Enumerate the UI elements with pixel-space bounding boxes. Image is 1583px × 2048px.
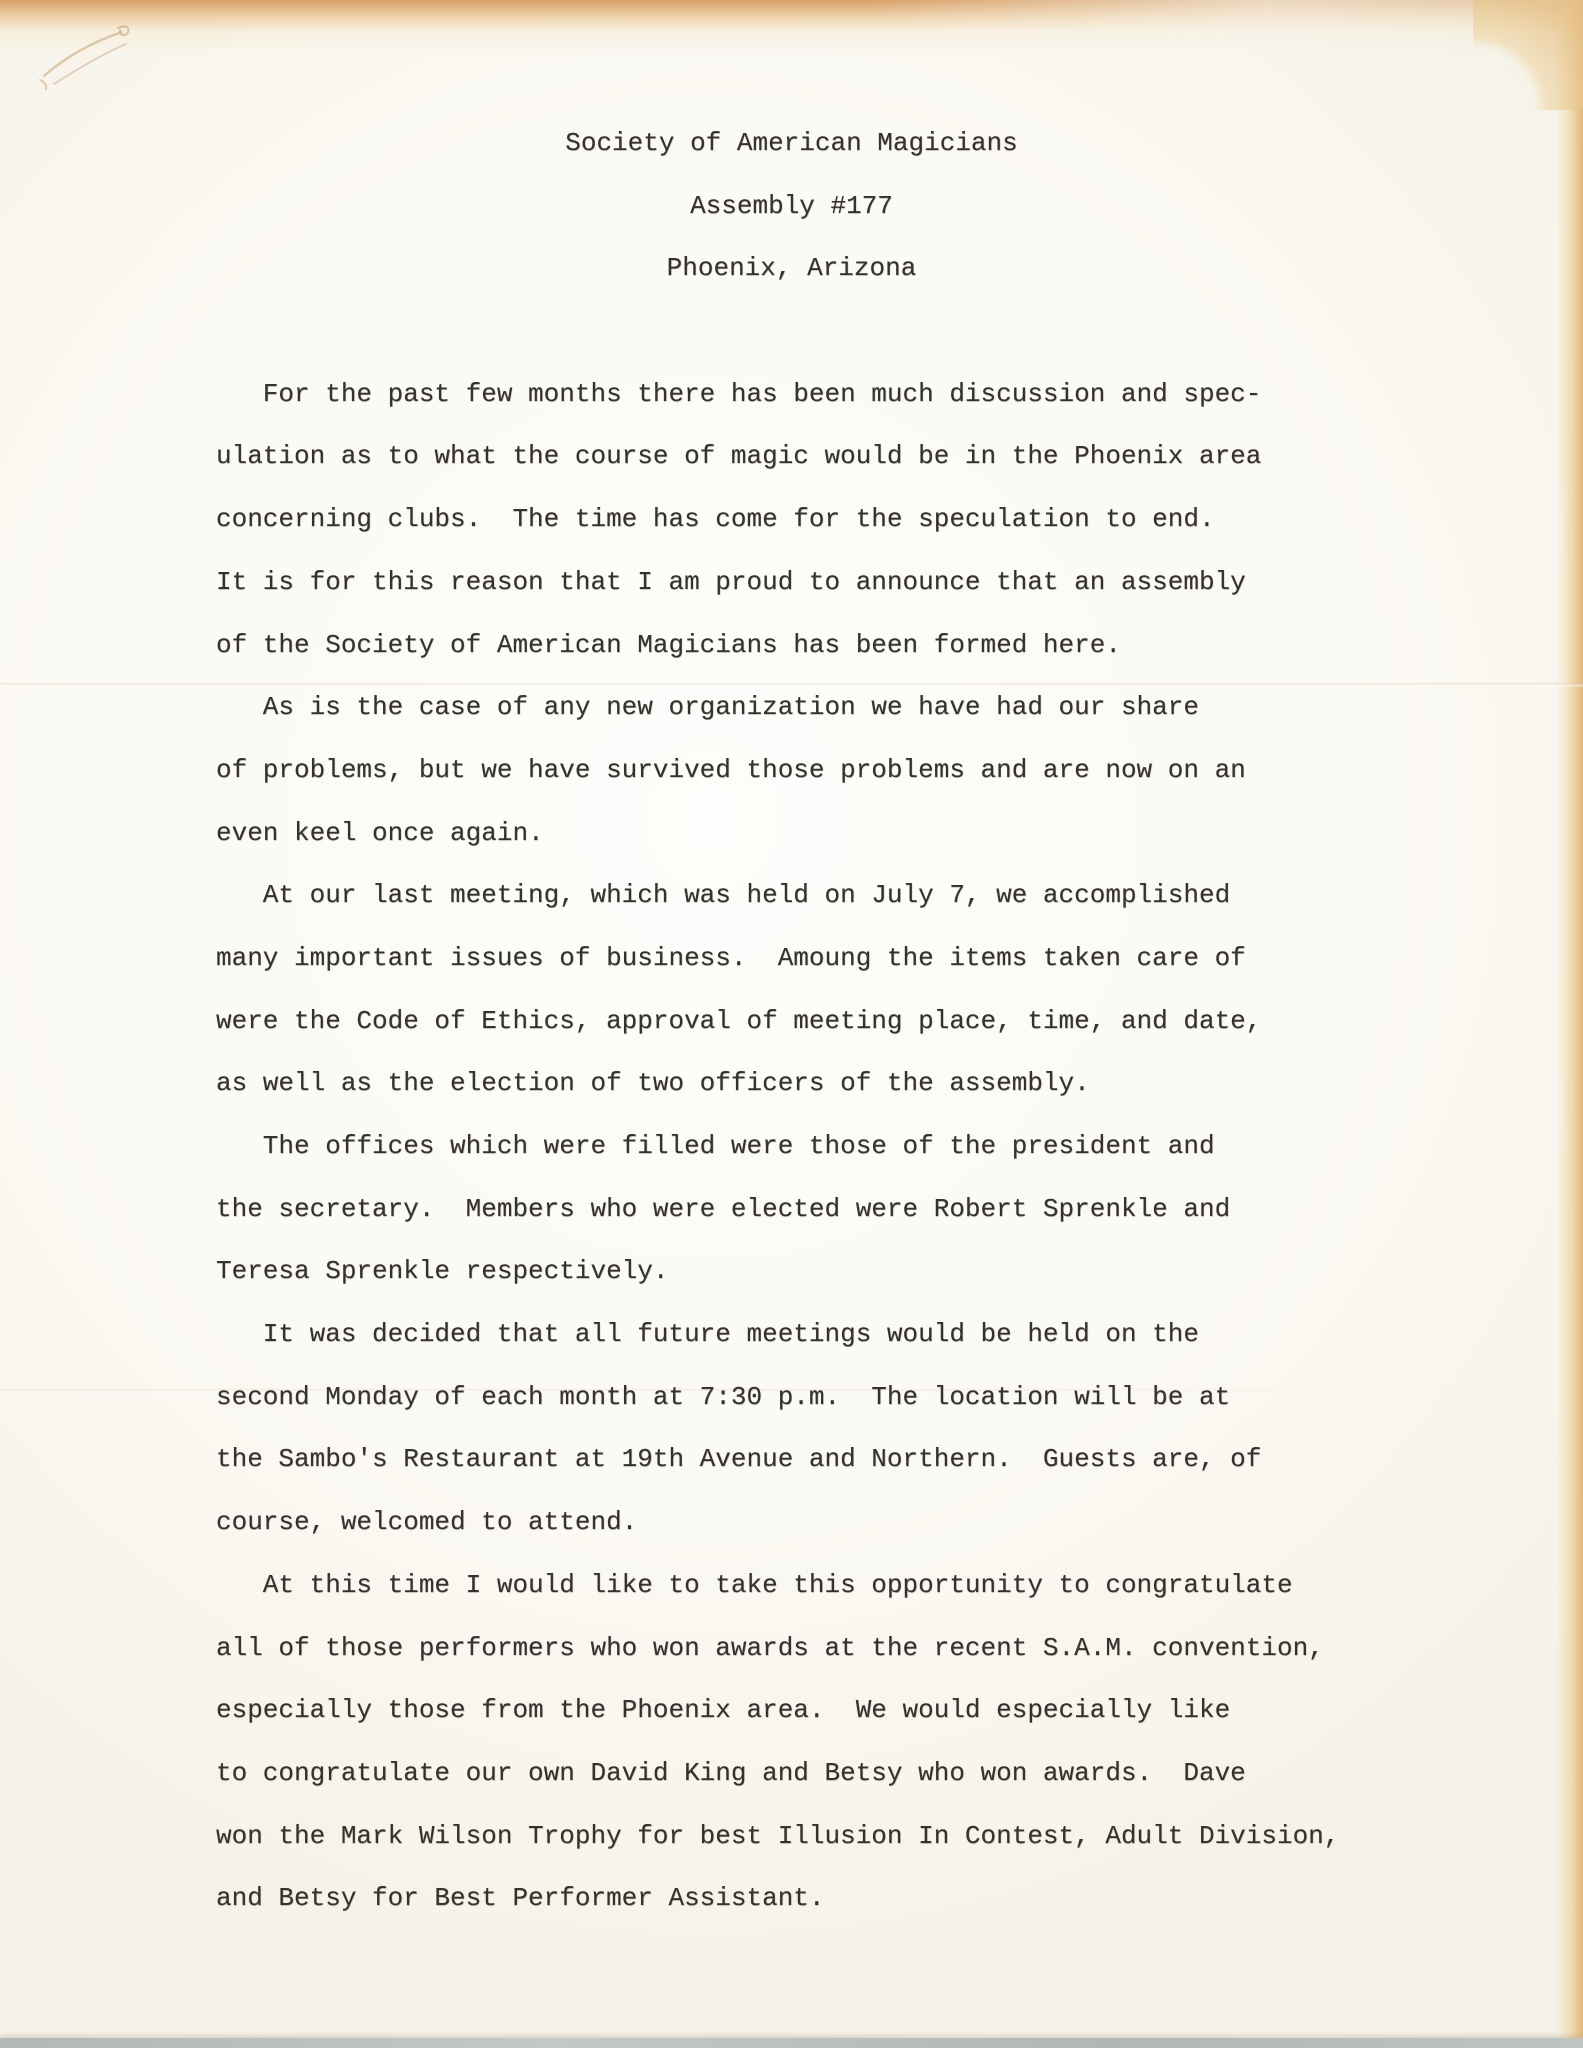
typed-line: concerning clubs. The time has come for … [0,488,1583,551]
typed-line: of problems, but we have survived those … [0,739,1583,802]
paper-corner-top-right [1473,0,1583,110]
paper-edge-bottom [0,2038,1583,2048]
typed-line: won the Mark Wilson Trophy for best Illu… [0,1805,1583,1868]
typed-line: second Monday of each month at 7:30 p.m.… [0,1366,1583,1429]
typed-line: were the Code of Ethics, approval of mee… [0,990,1583,1053]
typed-line: Teresa Sprenkle respectively. [0,1240,1583,1303]
typed-line: As is the case of any new organization w… [0,676,1583,739]
paper-edge-top [0,0,1583,52]
typed-line: It was decided that all future meetings … [0,1303,1583,1366]
typed-line: It is for this reason that I am proud to… [0,551,1583,614]
scanned-letter-page: Society of American Magicians Assembly #… [0,0,1583,2048]
typed-content: Society of American Magicians Assembly #… [0,112,1583,1930]
letter-assembly-number: Assembly #177 [0,175,1583,238]
typed-line: especially those from the Phoenix area. … [0,1679,1583,1742]
typed-line: the secretary. Members who were elected … [0,1178,1583,1241]
pencil-scribble [30,14,170,104]
typed-line: ulation as to what the course of magic w… [0,425,1583,488]
typed-line: At our last meeting, which was held on J… [0,864,1583,927]
letter-location: Phoenix, Arizona [0,237,1583,300]
typed-line: even keel once again. [0,802,1583,865]
typed-line: and Betsy for Best Performer Assistant. [0,1867,1583,1930]
typed-line: to congratulate our own David King and B… [0,1742,1583,1805]
typed-line: The offices which were filled were those… [0,1115,1583,1178]
typed-line: many important issues of business. Amoun… [0,927,1583,990]
typed-line: At this time I would like to take this o… [0,1554,1583,1617]
typed-line: For the past few months there has been m… [0,363,1583,426]
typed-line: course, welcomed to attend. [0,1491,1583,1554]
typed-line: all of those performers who won awards a… [0,1617,1583,1680]
letter-org-title: Society of American Magicians [0,112,1583,175]
typed-line: of the Society of American Magicians has… [0,614,1583,677]
blank-line [0,300,1583,363]
typed-line: the Sambo's Restaurant at 19th Avenue an… [0,1428,1583,1491]
typed-line: as well as the election of two officers … [0,1052,1583,1115]
